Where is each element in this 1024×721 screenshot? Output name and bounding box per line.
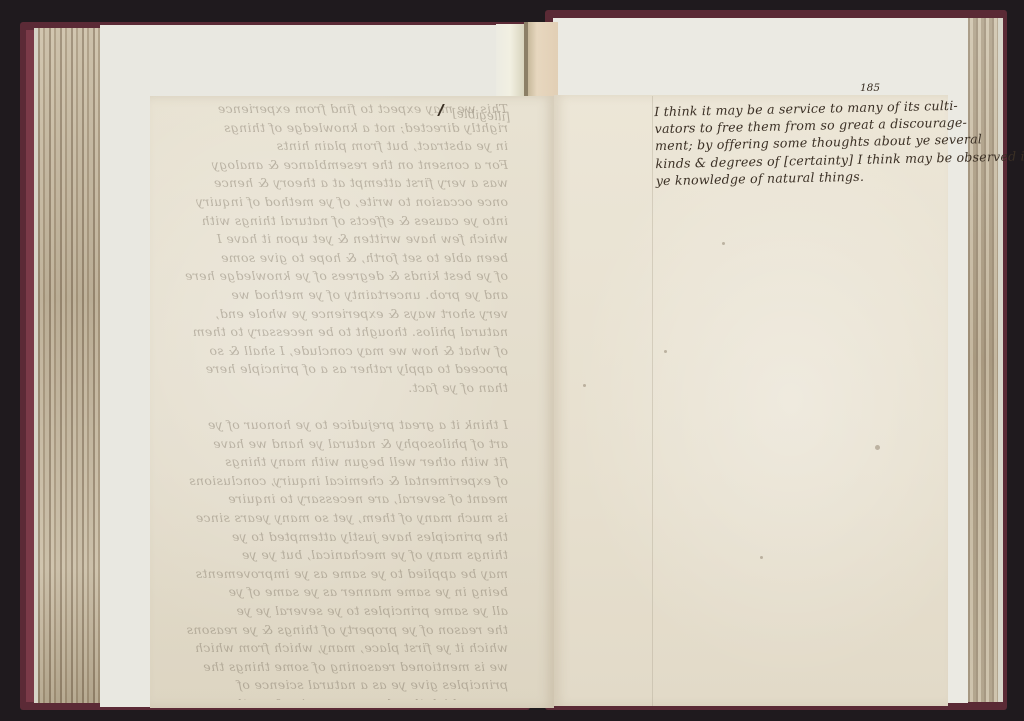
paper-speck <box>760 556 763 559</box>
fold-crease <box>652 96 653 706</box>
gutter-right <box>528 22 558 98</box>
bleed-through-text: This we may expect to find from experien… <box>158 100 508 700</box>
fore-edge-left <box>34 28 106 703</box>
paper-speck <box>875 445 880 450</box>
paper-speck <box>583 384 586 387</box>
gutter-left <box>496 24 524 96</box>
folio-number: 185 <box>860 82 880 94</box>
fore-edge-right <box>968 18 1003 702</box>
handwritten-paragraph: I think it may be a service to many of i… <box>654 97 956 189</box>
paper-speck <box>664 350 667 353</box>
paper-speck <box>722 242 725 245</box>
